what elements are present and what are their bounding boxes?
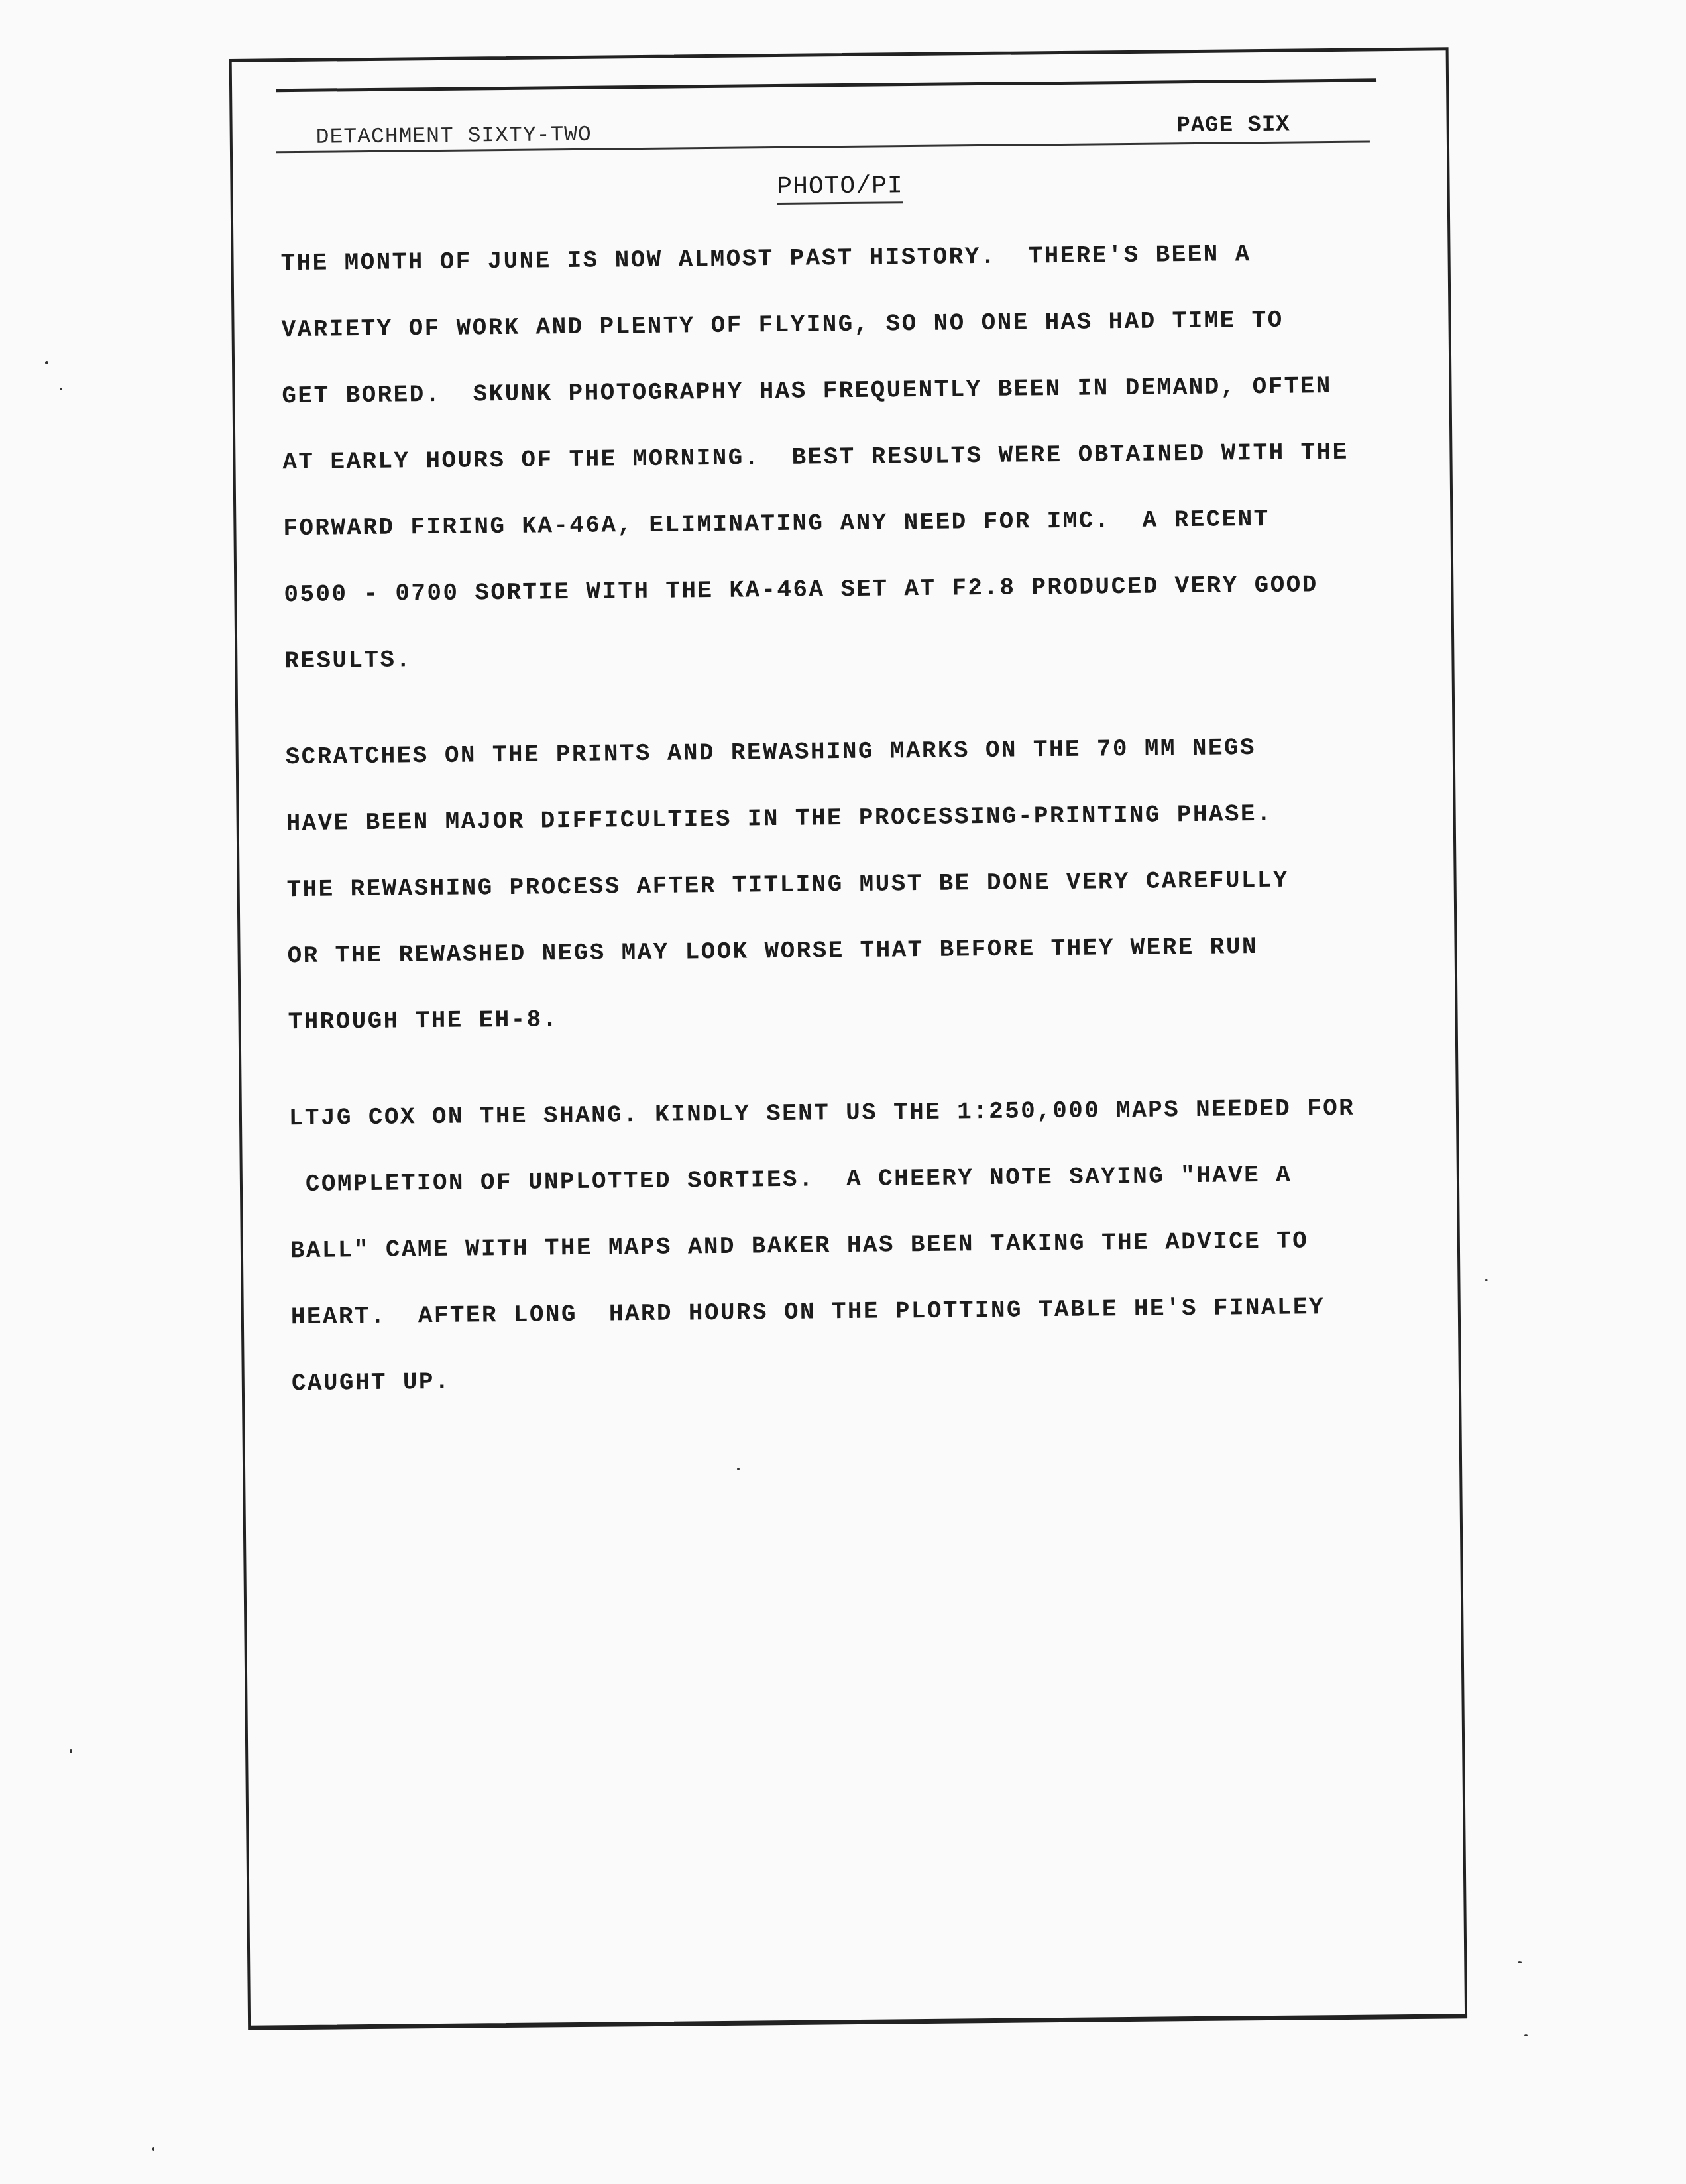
scan-speck: [152, 2147, 154, 2151]
scan-speck: [45, 361, 48, 364]
page-number: PAGE SIX: [1176, 113, 1290, 139]
text-line: CAUGHT UP.: [291, 1340, 1418, 1417]
text-line: SCRATCHES ON THE PRINTS AND REWASHING MA…: [285, 714, 1412, 791]
text-line: HEART. AFTER LONG HARD HOURS ON THE PLOT…: [290, 1274, 1418, 1350]
scan-speck: [1524, 2034, 1528, 2036]
text-line: GET BORED. SKUNK PHOTOGRAPHY HAS FREQUEN…: [282, 353, 1409, 429]
text-line: AT EARLY HOURS OF THE MORNING. BEST RESU…: [282, 419, 1410, 496]
scan-speck: [1518, 1961, 1522, 1963]
scan-speck: [60, 388, 62, 390]
text-line: HAVE BEEN MAJOR DIFFICULTIES IN THE PROC…: [286, 780, 1413, 857]
text-line: VARIETY OF WORK AND PLENTY OF FLYING, SO…: [281, 286, 1408, 363]
body-text: THE MONTH OF JUNE IS NOW ALMOST PAST HIS…: [280, 220, 1419, 1447]
section-title-text: PHOTO/PI: [777, 172, 903, 205]
text-line: RESULTS.: [284, 618, 1412, 694]
paragraph-3: LTJG COX ON THE SHANG. KINDLY SENT US TH…: [289, 1075, 1419, 1417]
text-line: THE MONTH OF JUNE IS NOW ALMOST PAST HIS…: [280, 220, 1408, 297]
text-line: LTJG COX ON THE SHANG. KINDLY SENT US TH…: [289, 1075, 1416, 1152]
paragraph-1: THE MONTH OF JUNE IS NOW ALMOST PAST HIS…: [280, 220, 1412, 694]
detachment-label: DETACHMENT SIXTY-TWO: [316, 123, 592, 150]
text-line: 0500 - 0700 SORTIE WITH THE KA-46A SET A…: [284, 551, 1411, 628]
text-line: COMPLETION OF UNPLOTTED SORTIES. A CHEER…: [289, 1141, 1416, 1218]
text-line: FORWARD FIRING KA-46A, ELIMINATING ANY N…: [283, 485, 1410, 562]
text-line: THE REWASHING PROCESS AFTER TITLING MUST…: [286, 846, 1414, 923]
paragraph-2: SCRATCHES ON THE PRINTS AND REWASHING MA…: [285, 714, 1415, 1056]
document-page: DETACHMENT SIXTY-TWO PAGE SIX PHOTO/PI T…: [229, 47, 1475, 2047]
text-line: BALL" CAME WITH THE MAPS AND BAKER HAS B…: [290, 1207, 1417, 1284]
text-line: OR THE REWASHED NEGS MAY LOOK WORSE THAT…: [287, 912, 1414, 989]
scan-speck: [737, 1468, 740, 1470]
scan-speck: [1485, 1279, 1488, 1281]
scan-speck: [70, 1749, 72, 1753]
text-line: THROUGH THE EH-8.: [288, 979, 1415, 1056]
